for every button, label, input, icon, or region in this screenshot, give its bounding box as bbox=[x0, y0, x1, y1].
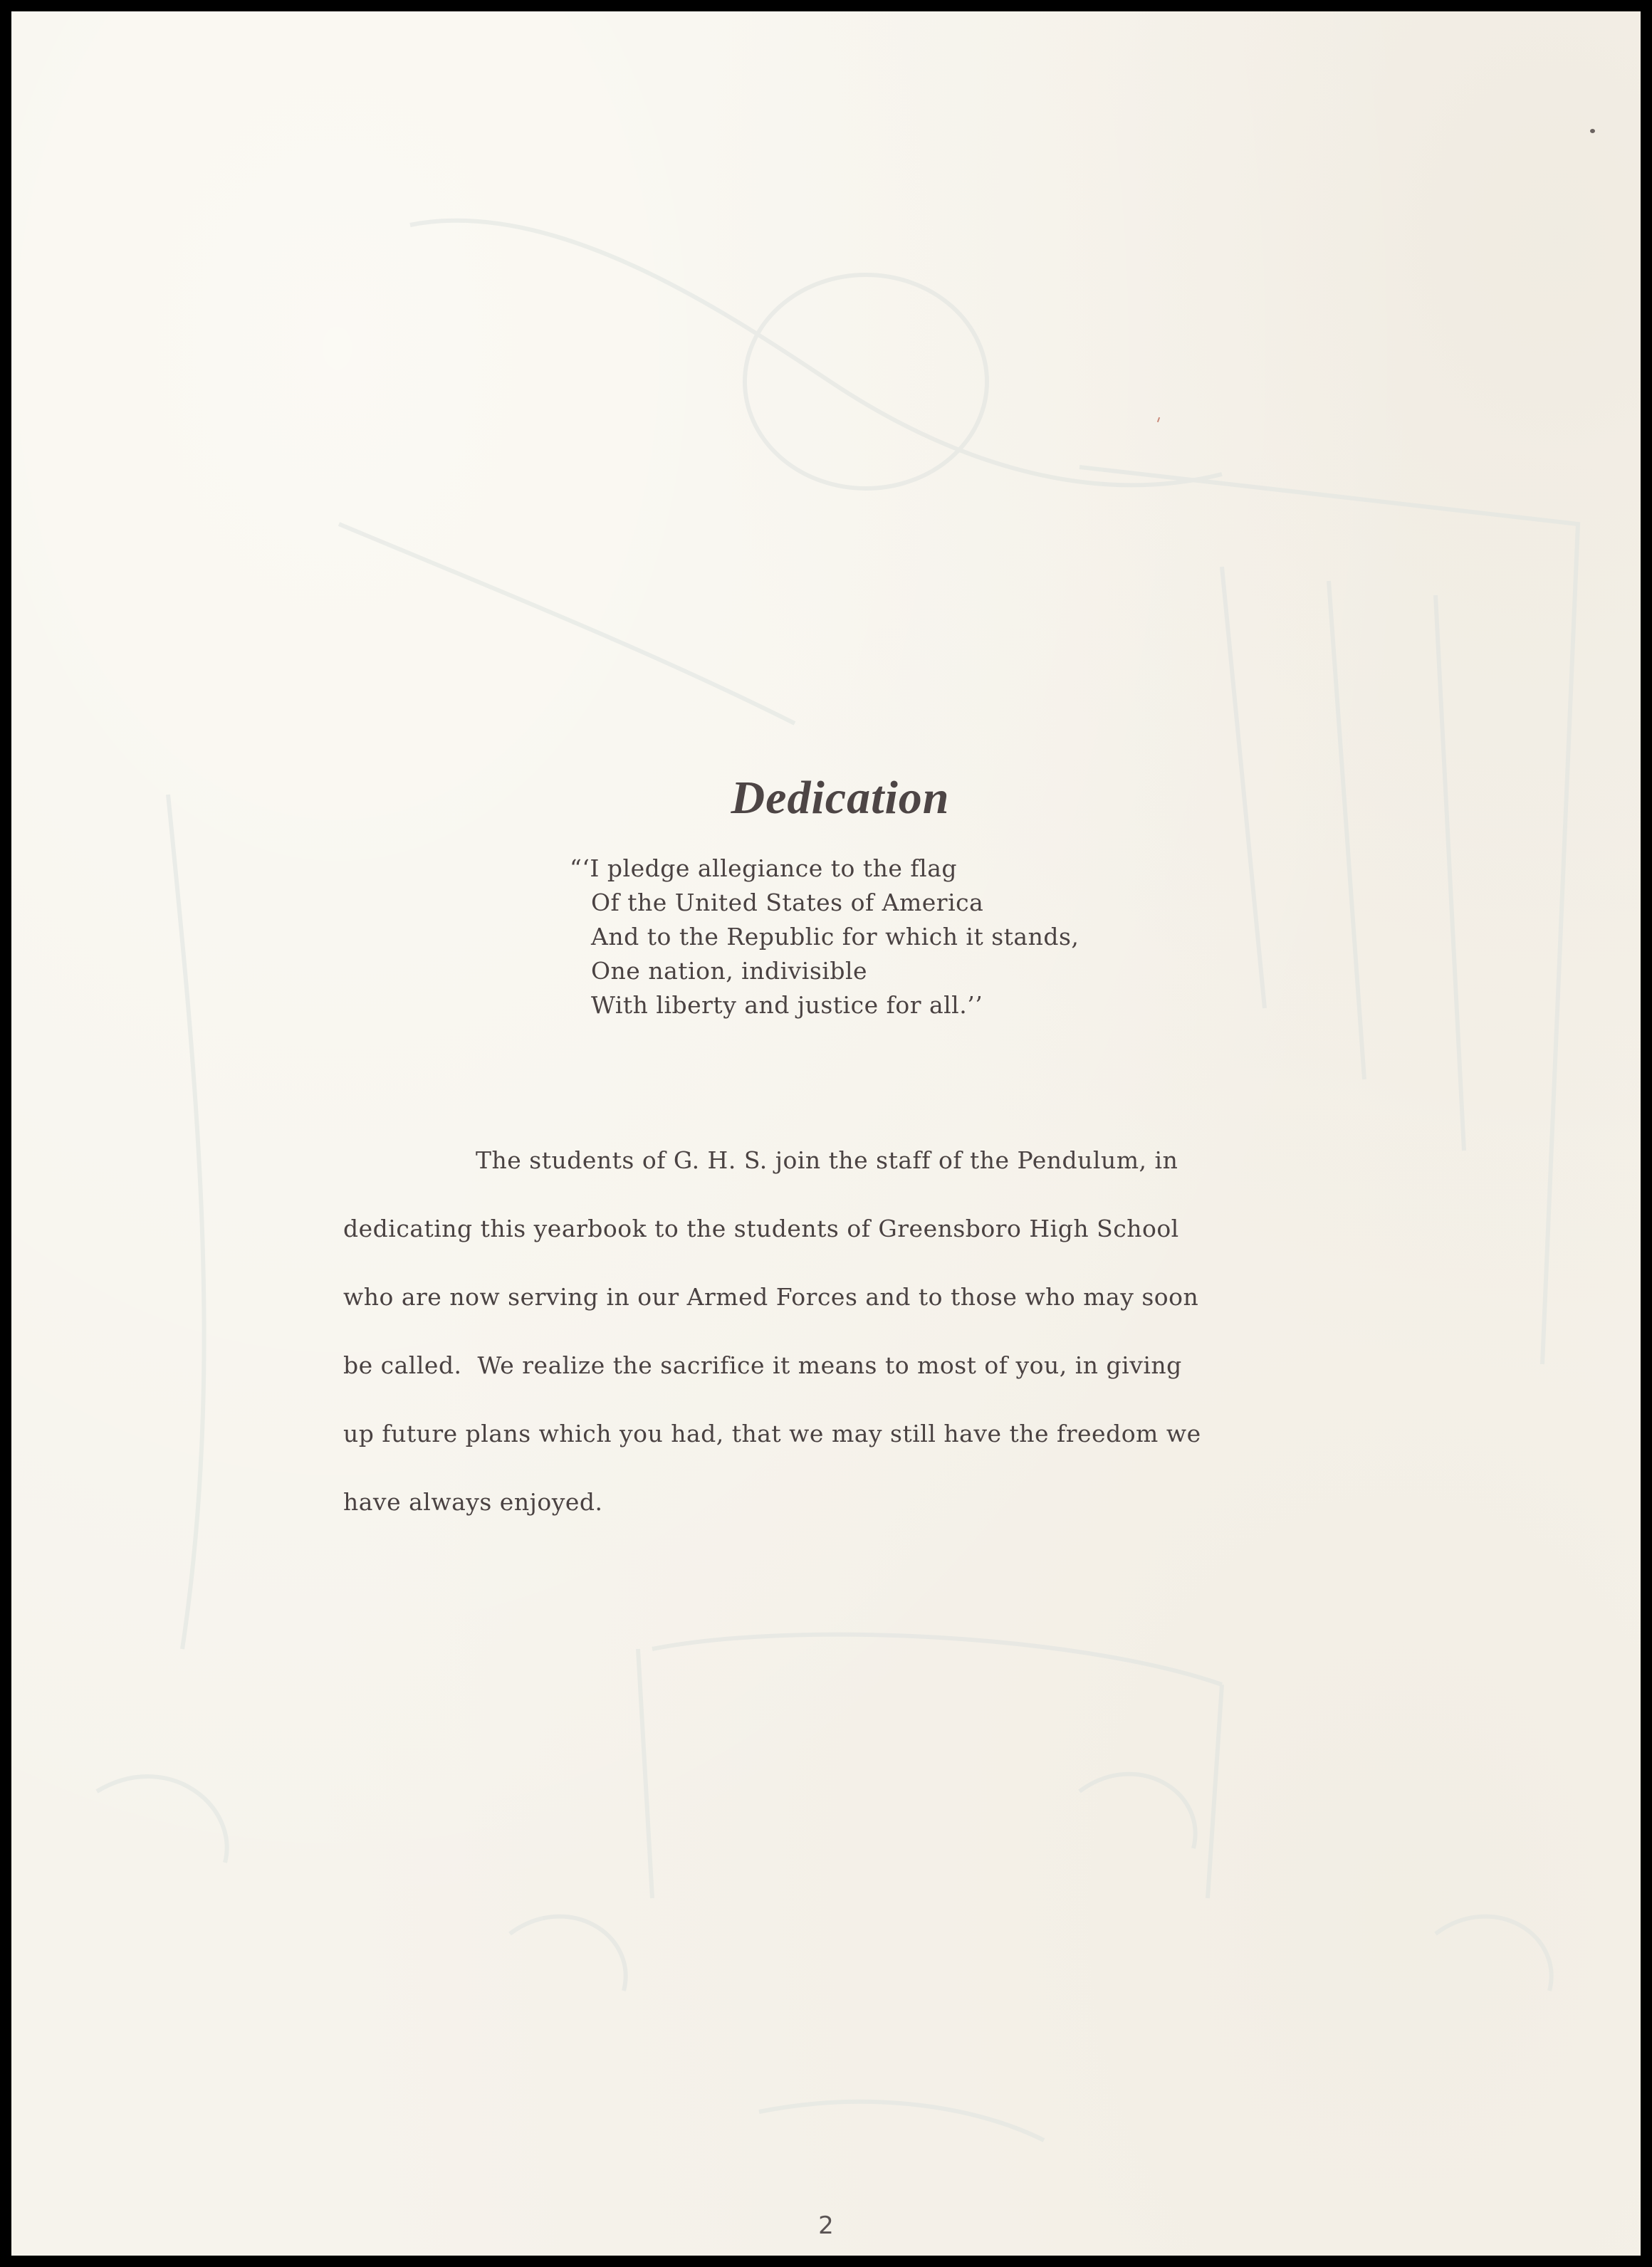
pledge-line: “‘I pledge allegiance to the flag bbox=[570, 852, 1079, 886]
pledge-line: Of the United States of America bbox=[570, 886, 1079, 920]
page-title: Dedication bbox=[11, 766, 1641, 830]
paragraph-line: have always enjoyed. bbox=[343, 1468, 1468, 1536]
dedication-paragraph: The students of G. H. S. join the staff … bbox=[343, 1126, 1468, 1536]
paper-speck bbox=[1590, 129, 1595, 133]
pledge-quote: “‘I pledge allegiance to the flag Of the… bbox=[570, 852, 1079, 1022]
pledge-line: One nation, indivisible bbox=[570, 954, 1079, 988]
paper-mark bbox=[1157, 417, 1160, 422]
page-number: 2 bbox=[11, 2211, 1641, 2240]
paragraph-line: The students of G. H. S. join the staff … bbox=[343, 1126, 1468, 1195]
paragraph-line: up future plans which you had, that we m… bbox=[343, 1400, 1468, 1468]
paragraph-line: dedicating this yearbook to the students… bbox=[343, 1195, 1468, 1263]
paragraph-line: who are now serving in our Armed Forces … bbox=[343, 1263, 1468, 1331]
paragraph-line: be called. We realize the sacrifice it m… bbox=[343, 1331, 1468, 1400]
page-content: Dedication “‘I pledge allegiance to the … bbox=[11, 11, 1641, 2256]
yearbook-page: Dedication “‘I pledge allegiance to the … bbox=[11, 11, 1641, 2256]
pledge-line: And to the Republic for which it stands, bbox=[570, 920, 1079, 954]
pledge-line: With liberty and justice for all.’’ bbox=[570, 988, 1079, 1022]
